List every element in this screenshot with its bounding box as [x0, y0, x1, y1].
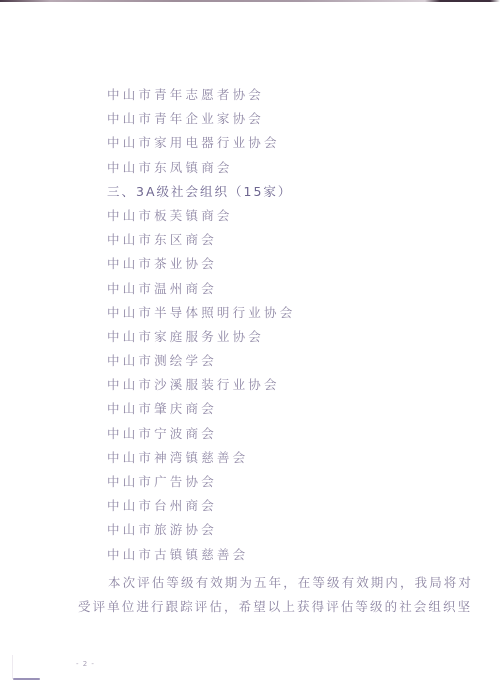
list-item: 中山市家庭服务业协会	[107, 328, 295, 352]
list-item: 中山市测绘学会	[107, 352, 295, 376]
section-heading: 三、3A级社会组织（15家）	[107, 183, 295, 207]
list-item: 中山市东凤镇商会	[107, 159, 295, 183]
list-item: 中山市家用电器行业协会	[107, 134, 295, 158]
list-item: 中山市旅游协会	[107, 521, 295, 545]
paragraph-line-1: 本次评估等级有效期为五年，在等级有效期内，我局将对	[108, 573, 468, 591]
list-item: 中山市青年志愿者协会	[107, 86, 295, 110]
scan-top-edge	[0, 0, 500, 2]
scan-margin-mark	[12, 655, 13, 679]
list-item: 中山市神湾镇慈善会	[107, 449, 295, 473]
list-item: 中山市青年企业家协会	[107, 110, 295, 134]
list-item: 中山市宁波商会	[107, 425, 295, 449]
list-item: 中山市广告协会	[107, 473, 295, 497]
footer-line-mark	[13, 678, 40, 680]
page-number: - 2 -	[76, 660, 95, 668]
list-item: 中山市沙溪服装行业协会	[107, 376, 295, 400]
list-item: 中山市台州商会	[107, 497, 295, 521]
organization-list: 中山市青年志愿者协会 中山市青年企业家协会 中山市家用电器行业协会 中山市东凤镇…	[107, 86, 295, 570]
list-item: 中山市板芙镇商会	[107, 207, 295, 231]
list-item: 中山市东区商会	[107, 231, 295, 255]
list-item: 中山市肇庆商会	[107, 400, 295, 424]
document-page: 中山市青年志愿者协会 中山市青年企业家协会 中山市家用电器行业协会 中山市东凤镇…	[0, 0, 500, 687]
paragraph-line-2: 受评单位进行跟踪评估，希望以上获得评估等级的社会组织坚	[78, 597, 438, 615]
list-item: 中山市茶业协会	[107, 255, 295, 279]
list-item: 中山市半导体照明行业协会	[107, 304, 295, 328]
list-item: 中山市温州商会	[107, 280, 295, 304]
list-item: 中山市古镇镇慈善会	[107, 546, 295, 570]
